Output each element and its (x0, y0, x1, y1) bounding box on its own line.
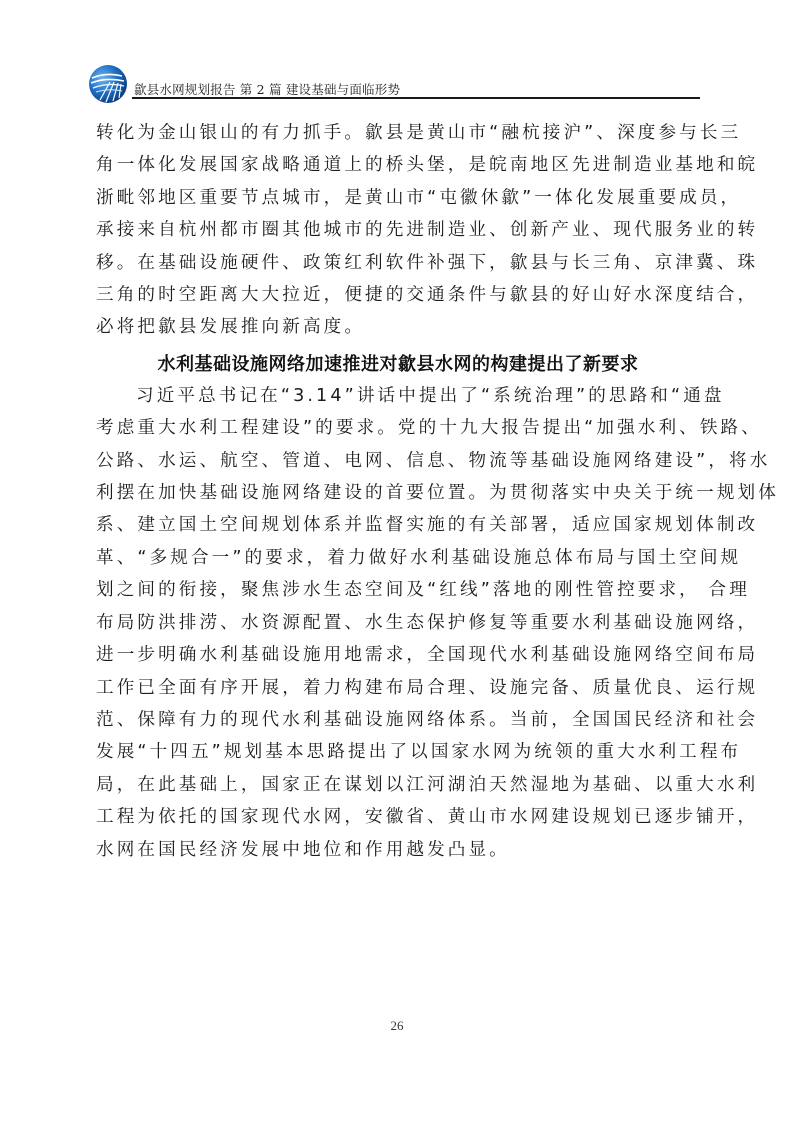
section-heading: 水利基础设施网络加速推进对歙县水网的构建提出了新要求 (96, 350, 700, 380)
page-content: 转化为金山银山的有力抓手。歙县是黄山市“融杭接沪”、深度参与长三 角一体化发展国… (96, 117, 700, 866)
text-line: 工作已全面有序开展，着力构建布局合理、设施完备、质量优良、运行规 (96, 672, 700, 704)
text-line: 系、建立国土空间规划体系并监督实施的有关部署，适应国家规划体制改 (96, 509, 700, 541)
text-line: 移。在基础设施硬件、政策红利软件补强下，歙县与长三角、京津冀、珠 (96, 247, 700, 279)
document-header-title: 歙县水网规划报告 第 2 篇 建设基础与面临形势 (134, 80, 400, 98)
page-number: 26 (0, 1018, 794, 1034)
text-line: 考虑重大水利工程建设”的要求。党的十九大报告提出“加强水利、铁路、 (96, 412, 700, 444)
page-header: 歙县水网规划报告 第 2 篇 建设基础与面临形势 (88, 64, 700, 104)
text-line: 进一步明确水利基础设施用地需求，全国现代水利基础设施网络空间布局 (96, 639, 700, 671)
text-line: 水网在国民经济发展中地位和作用越发凸显。 (96, 834, 700, 866)
paragraph-1: 转化为金山银山的有力抓手。歙县是黄山市“融杭接沪”、深度参与长三 角一体化发展国… (96, 117, 700, 344)
header-divider (132, 97, 700, 99)
text-line: 发展“十四五”规划基本思路提出了以国家水网为统领的重大水利工程布 (96, 736, 700, 768)
text-line: 革、“多规合一”的要求，着力做好水利基础设施总体布局与国土空间规 (96, 542, 700, 574)
text-line: 划之间的衔接，聚焦涉水生态空间及“红线”落地的刚性管控要求， 合理 (96, 574, 700, 606)
text-line: 三角的时空距离大大拉近，便捷的交通条件与歙县的好山好水深度结合， (96, 279, 700, 311)
text-line: 工程为依托的国家现代水网，安徽省、黄山市水网建设规划已逐步铺开， (96, 801, 700, 833)
paragraph-2: 习近平总书记在“3.14”讲话中提出了“系统治理”的思路和“通盘 考虑重大水利工… (96, 380, 700, 866)
text-line: 浙毗邻地区重要节点城市，是黄山市“屯徽休歙”一体化发展重要成员， (96, 182, 700, 214)
text-line: 角一体化发展国家战略通道上的桥头堡，是皖南地区先进制造业基地和皖 (96, 149, 700, 181)
text-line: 必将把歙县发展推向新高度。 (96, 311, 700, 343)
text-line: 利摆在加快基础设施网络建设的首要位置。为贯彻落实中央关于统一规划体 (96, 477, 700, 509)
text-line: 转化为金山银山的有力抓手。歙县是黄山市“融杭接沪”、深度参与长三 (96, 117, 700, 149)
text-line: 布局防洪排涝、水资源配置、水生态保护修复等重要水利基础设施网络， (96, 607, 700, 639)
text-line: 局，在此基础上，国家正在谋划以江河湖泊天然湿地为基础、以重大水利 (96, 769, 700, 801)
text-line: 习近平总书记在“3.14”讲话中提出了“系统治理”的思路和“通盘 (96, 380, 700, 412)
water-network-logo-icon (88, 64, 128, 104)
text-line: 公路、水运、航空、管道、电网、信息、物流等基础设施网络建设”，将水 (96, 445, 700, 477)
text-line: 承接来自杭州都市圈其他城市的先进制造业、创新产业、现代服务业的转 (96, 214, 700, 246)
text-line: 范、保障有力的现代水利基础设施网络体系。当前，全国国民经济和社会 (96, 704, 700, 736)
